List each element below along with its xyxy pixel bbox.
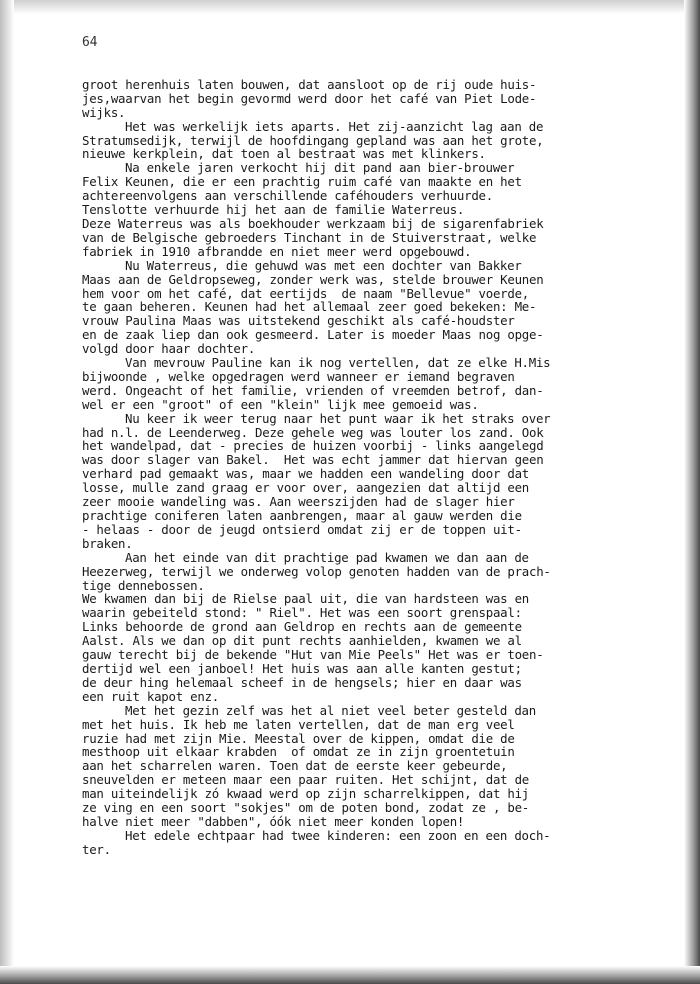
text-line: prachtige coniferen laten aanbrengen, ma…	[82, 509, 662, 523]
text-line: wijks.	[82, 106, 662, 120]
paragraph: We kwamen dan bij de Rielse paal uit, di…	[82, 592, 662, 703]
paragraph: Het was werkelijk iets aparts. Het zij-a…	[82, 120, 662, 162]
text-line: nieuwe kerkplein, dat toen al bestraat w…	[82, 147, 662, 161]
text-line: het wandelpad, dat - precies de huizen v…	[82, 439, 662, 453]
text-line: tige dennebossen.	[82, 579, 662, 593]
text-line: braken.	[82, 537, 662, 551]
text-line: Maas aan de Geldropseweg, zonder werk wa…	[82, 273, 662, 287]
frame-border-right	[684, 0, 700, 984]
text-line: had n.l. de Leenderweg. Deze gehele weg …	[82, 426, 662, 440]
text-line: ruzie had met zijn Mie. Meestal over de …	[82, 732, 662, 746]
page-number: 64	[82, 36, 662, 50]
text-line: We kwamen dan bij de Rielse paal uit, di…	[82, 592, 662, 606]
text-line: groot herenhuis laten bouwen, dat aanslo…	[82, 78, 662, 92]
text-line: een ruit kapot enz.	[82, 690, 662, 704]
frame-border-top	[0, 0, 700, 14]
text-line: waarin gebeiteld stond: " Riel". Het was…	[82, 606, 662, 620]
text-line: Aan het einde van dit prachtige pad kwam…	[82, 551, 662, 565]
text-line: mesthoop uit elkaar krabden of omdat ze …	[82, 745, 662, 759]
page-frame: 64 groot herenhuis laten bouwen, dat aan…	[0, 0, 700, 984]
text-line: Van mevrouw Pauline kan ik nog vertellen…	[82, 356, 662, 370]
text-line: Felix Keunen, die er een prachtig ruim c…	[82, 175, 662, 189]
typewritten-page: 64 groot herenhuis laten bouwen, dat aan…	[82, 36, 662, 857]
body-text: groot herenhuis laten bouwen, dat aanslo…	[82, 78, 662, 857]
paragraph: Het edele echtpaar had twee kinderen: ee…	[82, 829, 662, 857]
paragraph: Nu Waterreus, die gehuwd was met een doc…	[82, 259, 662, 356]
paragraph: Aan het einde van dit prachtige pad kwam…	[82, 551, 662, 593]
text-line: de deur hing helemaal scheef in de hengs…	[82, 676, 662, 690]
text-line: verhard pad gemaakt was, maar we hadden …	[82, 467, 662, 481]
paragraph: Met het gezin zelf was het al niet veel …	[82, 704, 662, 829]
text-line: met het huis. Ik heb me laten vertellen,…	[82, 718, 662, 732]
text-line: dertijd wel een janboel! Het huis was aa…	[82, 662, 662, 676]
text-line: achtereenvolgens aan verschillende caféh…	[82, 189, 662, 203]
text-line: losse, mulle zand graag er voor over, aa…	[82, 481, 662, 495]
text-line: Heezerweg, terwijl we onderweg volop gen…	[82, 565, 662, 579]
text-line: te gaan beheren. Keunen had het allemaal…	[82, 300, 662, 314]
text-line: Stratumsedijk, terwijl de hoofdingang ge…	[82, 134, 662, 148]
text-line: aan het scharrelen waren. Toen dat de ee…	[82, 759, 662, 773]
text-line: fabriek in 1910 afbrandde en niet meer w…	[82, 245, 662, 259]
paragraph: Nu keer ik weer terug naar het punt waar…	[82, 412, 662, 551]
text-line: Deze Waterreus was als boekhouder werkza…	[82, 217, 662, 231]
text-line: hem voor om het café, dat eertijds de na…	[82, 287, 662, 301]
text-line: Nu Waterreus, die gehuwd was met een doc…	[82, 259, 662, 273]
text-line: gauw terecht bij de bekende "Hut van Mie…	[82, 648, 662, 662]
paragraph: Na enkele jaren verkocht hij dit pand aa…	[82, 161, 662, 258]
text-line: vrouw Paulina Maas was uitstekend geschi…	[82, 314, 662, 328]
text-line: werd. Ongeacht of het familie, vrienden …	[82, 384, 662, 398]
text-line: Links behoorde de grond aan Geldrop en r…	[82, 620, 662, 634]
text-line: Tenslotte verhuurde hij het aan de famil…	[82, 203, 662, 217]
frame-border-left	[0, 0, 14, 984]
frame-border-bottom	[0, 966, 700, 984]
text-line: wel er een "groot" of een "klein" lijk m…	[82, 398, 662, 412]
text-line: Aalst. Als we dan op dit punt rechts aan…	[82, 634, 662, 648]
paragraph: Van mevrouw Pauline kan ik nog vertellen…	[82, 356, 662, 412]
text-line: sneuvelden er meteen maar een paar ruite…	[82, 773, 662, 787]
text-line: van de Belgische gebroeders Tinchant in …	[82, 231, 662, 245]
text-line: was door slager van Bakel. Het was echt …	[82, 453, 662, 467]
text-line: zeer mooie wandeling was. Aan weerszijde…	[82, 495, 662, 509]
text-line: jes,waarvan het begin gevormd werd door …	[82, 92, 662, 106]
text-line: - helaas - door de jeugd ontsierd omdat …	[82, 523, 662, 537]
text-line: bijwoonde , welke opgedragen werd wannee…	[82, 370, 662, 384]
text-line: Na enkele jaren verkocht hij dit pand aa…	[82, 161, 662, 175]
text-line: en de zaak liep dan ook gesmeerd. Later …	[82, 328, 662, 342]
text-line: Het was werkelijk iets aparts. Het zij-a…	[82, 120, 662, 134]
text-line: man uiteindelijk zó kwaad werd op zijn s…	[82, 787, 662, 801]
text-line: Nu keer ik weer terug naar het punt waar…	[82, 412, 662, 426]
paragraph: groot herenhuis laten bouwen, dat aanslo…	[82, 78, 662, 120]
text-line: Met het gezin zelf was het al niet veel …	[82, 704, 662, 718]
text-line: Het edele echtpaar had twee kinderen: ee…	[82, 829, 662, 843]
text-line: halve niet meer "dabben", óók niet meer …	[82, 815, 662, 829]
text-line: ze ving en een soort "sokjes" om de pote…	[82, 801, 662, 815]
text-line: volgd door haar dochter.	[82, 342, 662, 356]
text-line: ter.	[82, 843, 662, 857]
